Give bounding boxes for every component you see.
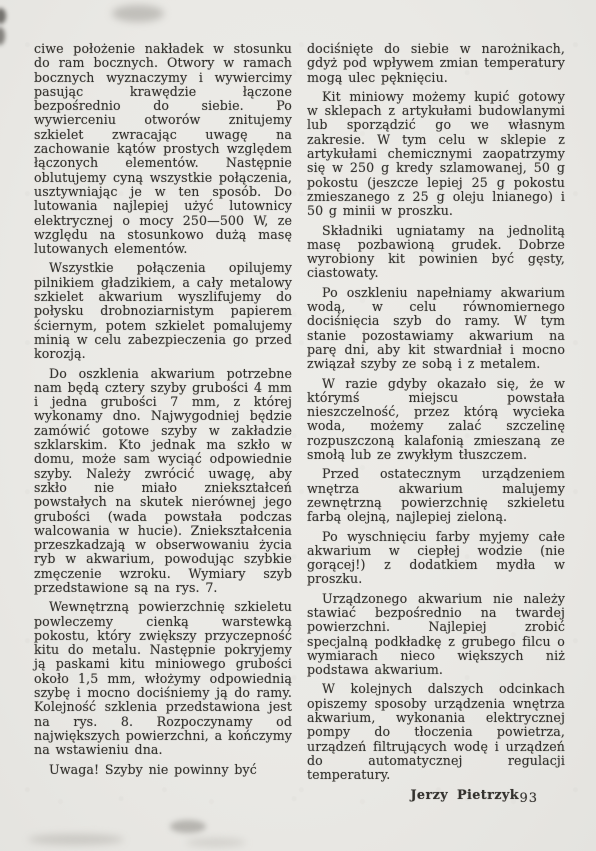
scanned-page: ciwe położenie nakładek w stosunku do ra…	[0, 0, 596, 851]
paragraph: Przed ostatecznym urządzeniem wnętrza ak…	[307, 467, 565, 524]
paragraph: Wszystkie połączenia opilujemy pilnikiem…	[34, 261, 292, 361]
page-number: 93	[519, 791, 538, 806]
paragraph: Urządzonego akwarium nie należy stawiać …	[307, 592, 565, 678]
text-column-left: ciwe położenie nakładek w stosunku do ra…	[34, 42, 292, 782]
scan-artifact	[112, 5, 164, 22]
scan-artifact	[28, 834, 124, 845]
paragraph: Wewnętrzną powierzchnię szkieletu powlec…	[34, 600, 292, 757]
paragraph: Uwaga! Szyby nie powinny być	[34, 763, 292, 777]
scan-artifact	[0, 27, 5, 45]
scan-artifact	[0, 8, 6, 24]
paragraph: ciwe położenie nakładek w stosunku do ra…	[34, 42, 292, 256]
paragraph: Do oszklenia akwarium potrzebne nam będą…	[34, 367, 292, 596]
paragraph: W kolejnych dalszych odcinkach opiszemy …	[307, 682, 565, 782]
paragraph: Po wyschnięciu farby myjemy całe akwariu…	[307, 530, 565, 587]
paragraph: dociśnięte do siebie w narożnikach, gdyż…	[307, 42, 565, 85]
text-column-right: dociśnięte do siebie w narożnikach, gdyż…	[307, 42, 565, 775]
scan-artifact	[170, 820, 206, 833]
paragraph: W razie gdyby okazało się, że w którymś …	[307, 377, 565, 463]
paragraph: Kit miniowy możemy kupić gotowy w sklepa…	[307, 90, 565, 219]
paragraph: Składniki ugniatamy na jednolitą masę po…	[307, 224, 565, 281]
paragraph: Po oszkleniu napełniamy akwarium wodą, w…	[307, 286, 565, 372]
scan-artifact	[186, 838, 246, 847]
text-columns: ciwe położenie nakładek w stosunku do ra…	[34, 42, 565, 782]
